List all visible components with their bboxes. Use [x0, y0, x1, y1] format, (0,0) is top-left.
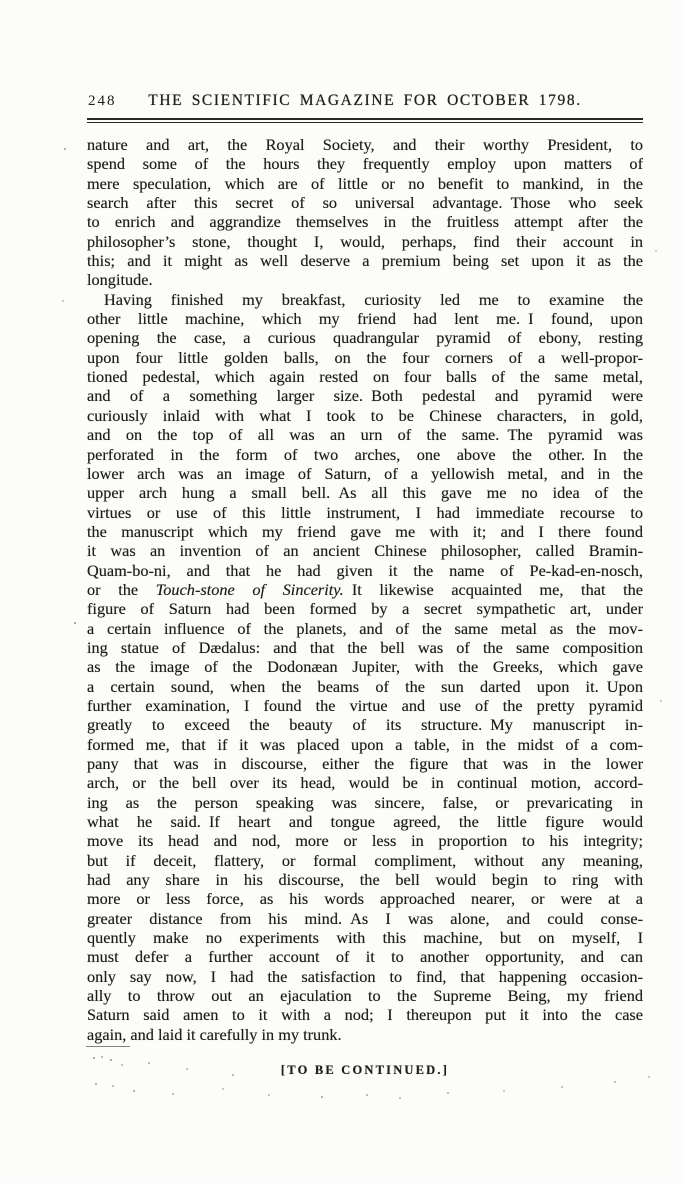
text-line: ing as the person speaking was sincere, …: [87, 793, 643, 812]
text-line: lower arch was an image of Saturn, of a …: [87, 464, 643, 483]
text-line: other little machine, which my friend ha…: [87, 309, 643, 328]
scan-smudge-line: [86, 1046, 130, 1047]
magazine-page: 248 THE SCIENTIFIC MAGAZINE FOR OCTOBER …: [0, 0, 685, 1183]
text-line: must defer a further account of it to an…: [87, 947, 643, 966]
article-body: nature and art, the Royal Society, and t…: [87, 135, 643, 1044]
text-line: again, and laid it carefully in my trunk…: [87, 1025, 643, 1044]
paragraph-breakfast: Having finished my breakfast, curiosity …: [87, 290, 643, 1044]
page-number: 248: [88, 93, 117, 110]
text-line: upon four little golden balls, on the fo…: [87, 348, 643, 367]
text-line: tioned pedestal, which again rested on f…: [87, 367, 643, 386]
text-line: longitude.: [87, 270, 643, 289]
text-line: Quam-bo-ni, and that he had given it the…: [87, 561, 643, 580]
text-line: Having finished my breakfast, curiosity …: [87, 290, 643, 309]
text-line: search after this secret of so universal…: [87, 193, 643, 212]
text-line: nature and art, the Royal Society, and t…: [87, 135, 643, 154]
text-line: it was an invention of an ancient Chines…: [87, 541, 643, 560]
text-line: greatly to exceed the beauty of its stru…: [87, 715, 643, 734]
page-title: THE SCIENTIFIC MAGAZINE FOR OCTOBER 1798…: [87, 92, 643, 110]
text-line: what he said. If heart and tongue agreed…: [87, 812, 643, 831]
text-line: a certain sound, when the beams of the s…: [87, 677, 643, 696]
text-line: Saturn said amen to it with a nod; I the…: [87, 1005, 643, 1024]
text-line: curiously inlaid with what I took to be …: [87, 406, 643, 425]
text-line: figure of Saturn had been formed by a se…: [87, 599, 643, 618]
paragraph-continuation: nature and art, the Royal Society, and t…: [87, 135, 643, 290]
text-line: virtues or use of this little instrument…: [87, 503, 643, 522]
text-line: philosopher’s stone, thought I, would, p…: [87, 232, 643, 251]
header-rule: [87, 118, 643, 123]
text-line: but if deceit, flattery, or formal compl…: [87, 851, 643, 870]
text-line: spend some of the hours they frequently …: [87, 154, 643, 173]
page-header: 248 THE SCIENTIFIC MAGAZINE FOR OCTOBER …: [87, 92, 643, 114]
text-line: opening the case, a curious quadrangular…: [87, 328, 643, 347]
text-line: perforated in the form of two arches, on…: [87, 445, 643, 464]
text-line: mere speculation, which are of little or…: [87, 174, 643, 193]
text-line: greater distance from his mind. As I was…: [87, 909, 643, 928]
text-line: ally to throw out an ejaculation to the …: [87, 986, 643, 1005]
text-line: the manuscript which my friend gave me w…: [87, 522, 643, 541]
text-column: 248 THE SCIENTIFIC MAGAZINE FOR OCTOBER …: [87, 92, 643, 1078]
text-line: or the Touch-stone of Sincerity. It like…: [87, 580, 643, 599]
text-line: quently make no experiments with this ma…: [87, 928, 643, 947]
text-line: upper arch hung a small bell. As all thi…: [87, 483, 643, 502]
text-line: ing statue of Dædalus: and that the bell…: [87, 638, 643, 657]
text-line: a certain influence of the planets, and …: [87, 619, 643, 638]
text-line: formed me, that if it was placed upon a …: [87, 735, 643, 754]
text-line: only say now, I had the satisfaction to …: [87, 967, 643, 986]
text-line: pany that was in discourse, either the f…: [87, 754, 643, 773]
text-line: to enrich and aggrandize themselves in t…: [87, 212, 643, 231]
text-line: arch, or the bell over its head, would b…: [87, 773, 643, 792]
scan-noise-dots: [0, 0, 2, 2]
italic-phrase: Touch-stone of Sincerity.: [156, 580, 344, 599]
text-line: and on the top of all was an urn of the …: [87, 425, 643, 444]
text-line: as the image of the Dodonæan Jupiter, wi…: [87, 657, 643, 676]
text-line: move its head and nod, more or less in p…: [87, 831, 643, 850]
text-segment: It likewise acquainted me, that the: [344, 580, 643, 599]
text-line: and of a something larger size. Both ped…: [87, 386, 643, 405]
continuation-notice: [TO BE CONTINUED.]: [87, 1063, 643, 1078]
text-line: further examination, I found the virtue …: [87, 696, 643, 715]
text-line: had any share in his discourse, the bell…: [87, 870, 643, 889]
text-line: more or less force, as his words approac…: [87, 889, 643, 908]
text-line: this; and it might as well deserve a pre…: [87, 251, 643, 270]
text-segment: or the: [87, 580, 156, 599]
